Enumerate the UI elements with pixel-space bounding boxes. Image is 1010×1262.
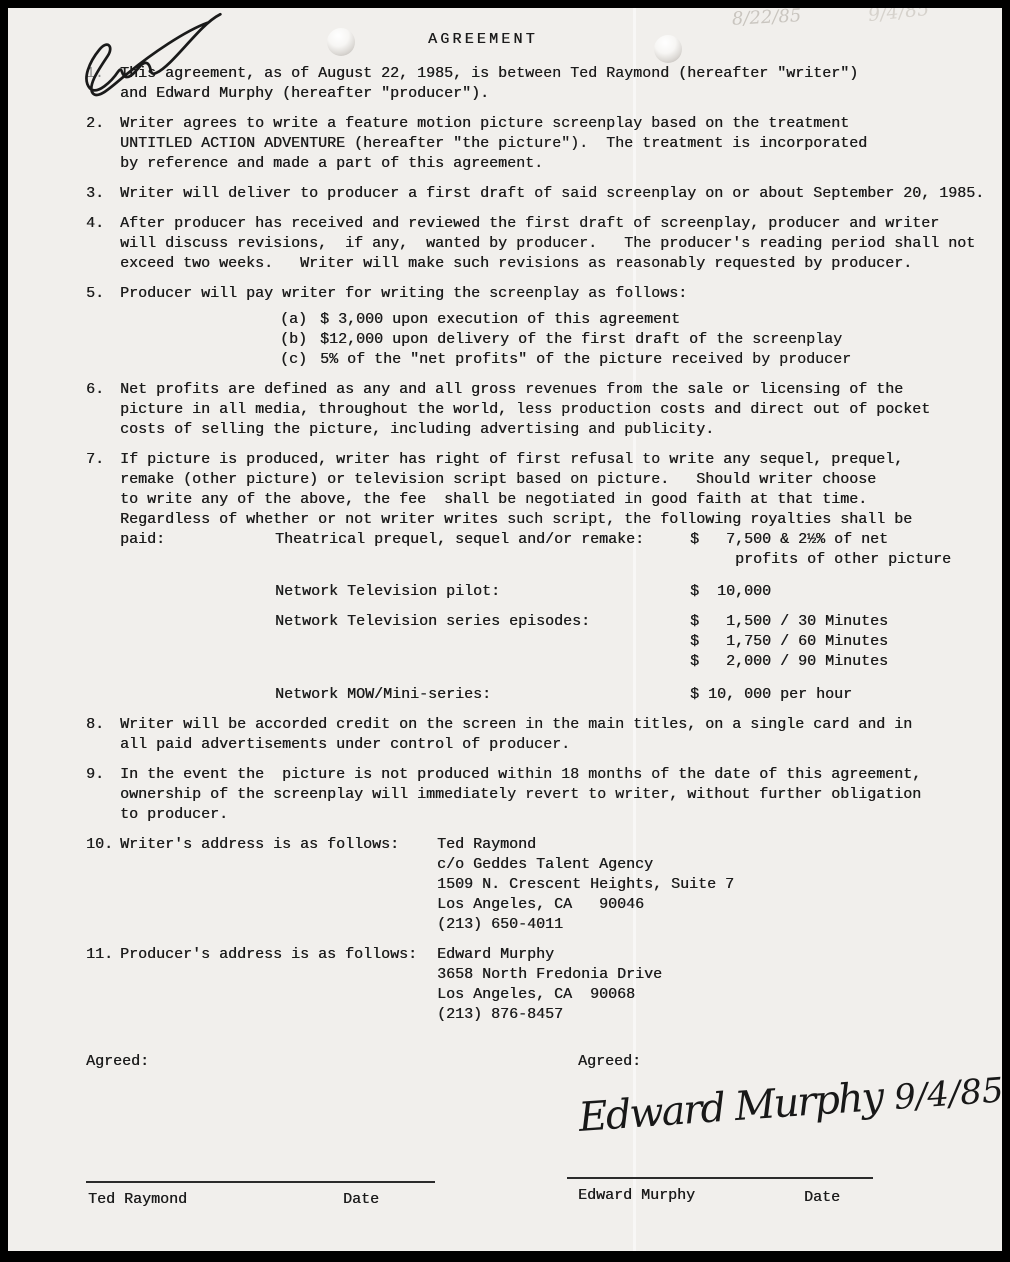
- royalty-row-theatrical: Theatrical prequel, sequel and/or remake…: [275, 530, 1002, 570]
- producer-address-row: Producer's address is as follows: Edward…: [120, 945, 1002, 1025]
- clause-4: 4. After producer has received and revie…: [86, 214, 1002, 274]
- royalty-value: $ 1,500 / 30 Minutes $ 1,750 / 60 Minute…: [690, 612, 888, 672]
- producer-address-block: Edward Murphy 3658 North Fredonia Drive …: [437, 945, 662, 1025]
- clause-number: 2.: [86, 114, 120, 174]
- clause-number: 3.: [86, 184, 120, 204]
- scanned-agreement-page: 8/22/85 9/4/85 AGREEMENT 1. This agreeme…: [0, 0, 1010, 1262]
- clause-number: 7.: [86, 450, 120, 705]
- clause-5: 5. Producer will pay writer for writing …: [86, 284, 1002, 370]
- royalty-row-pilot: Network Television pilot: $ 10,000: [275, 582, 1002, 602]
- writer-name-label: Ted Raymond: [88, 1190, 187, 1210]
- clause-text: Writer agrees to write a feature motion …: [120, 114, 1002, 174]
- handwritten-date-note-left: 8/22/85: [732, 6, 802, 30]
- producer-handwritten-signature: Edward Murphy9/4/85: [578, 1078, 1004, 1136]
- writer-signature-line: [86, 1181, 435, 1183]
- clause-text: This agreement, as of August 22, 1985, i…: [120, 64, 1002, 104]
- clause-10: 10. Writer's address is as follows: Ted …: [86, 835, 1002, 935]
- clause-number: 9.: [86, 765, 120, 825]
- sub-text: 5% of the "net profits" of the picture r…: [320, 350, 851, 370]
- signature-script-name: Edward Murphy: [577, 1074, 884, 1141]
- writer-address-row: Writer's address is as follows: Ted Raym…: [120, 835, 1002, 935]
- payment-item-c: (c) 5% of the "net profits" of the pictu…: [280, 350, 1002, 370]
- clause-7: 7. If picture is produced, writer has ri…: [86, 450, 1002, 705]
- payment-item-a: (a) $ 3,000 upon execution of this agree…: [280, 310, 1002, 330]
- agreed-label-producer: Agreed:: [578, 1052, 641, 1072]
- producer-date-label: Date: [804, 1188, 840, 1208]
- paid-label: paid:: [120, 530, 275, 705]
- clause-number: 10.: [86, 835, 120, 935]
- agreed-label-writer: Agreed:: [86, 1052, 149, 1072]
- hole-punch-left: [327, 28, 355, 56]
- clause-text: If picture is produced, writer has right…: [120, 450, 1002, 530]
- sub-letter: (b): [280, 330, 320, 350]
- clause-text: Net profits are defined as any and all g…: [120, 380, 1002, 440]
- clause-text: Writer will deliver to producer a first …: [120, 184, 1002, 204]
- hole-punch-right: [654, 35, 682, 63]
- signature-script-date: 9/4/85: [893, 1070, 1005, 1118]
- royalty-label: Network Television pilot:: [275, 582, 690, 602]
- clause-8: 8. Writer will be accorded credit on the…: [86, 715, 1002, 755]
- royalty-value: $ 10, 000 per hour: [690, 685, 852, 705]
- address-label: Writer's address is as follows:: [120, 835, 437, 935]
- page-title: AGREEMENT: [428, 30, 538, 50]
- royalty-value: $ 10,000: [690, 582, 771, 602]
- clause-text: In the event the picture is not produced…: [120, 765, 1002, 825]
- clause-text: After producer has received and reviewed…: [120, 214, 1002, 274]
- clause-6: 6. Net profits are defined as any and al…: [86, 380, 1002, 440]
- clause-number: 8.: [86, 715, 120, 755]
- clause-number: 5.: [86, 284, 120, 370]
- royalty-value: $ 7,500 & 2½% of net profits of other pi…: [690, 530, 951, 570]
- royalty-row-mow: Network MOW/Mini-series: $ 10, 000 per h…: [275, 685, 1002, 705]
- sub-letter: (a): [280, 310, 320, 330]
- writer-date-label: Date: [343, 1190, 379, 1210]
- clause-number: 4.: [86, 214, 120, 274]
- royalty-label: Network Television series episodes:: [275, 612, 690, 672]
- producer-signature-line: [567, 1177, 873, 1179]
- clause-3: 3. Writer will deliver to producer a fir…: [86, 184, 1002, 204]
- clause-number: 11.: [86, 945, 120, 1025]
- royalty-table: paid: Theatrical prequel, sequel and/or …: [120, 530, 1002, 705]
- clause-11: 11. Producer's address is as follows: Ed…: [86, 945, 1002, 1025]
- payment-sublist: (a) $ 3,000 upon execution of this agree…: [280, 310, 1002, 370]
- handwritten-initials: [50, 8, 230, 111]
- address-label: Producer's address is as follows:: [120, 945, 437, 1025]
- sub-text: $ 3,000 upon execution of this agreement: [320, 310, 680, 330]
- clause-2: 2. Writer agrees to write a feature moti…: [86, 114, 1002, 174]
- sub-text: $12,000 upon delivery of the first draft…: [320, 330, 842, 350]
- clause-text: Writer will be accorded credit on the sc…: [120, 715, 1002, 755]
- clause-text: Producer will pay writer for writing the…: [120, 284, 1002, 304]
- sub-letter: (c): [280, 350, 320, 370]
- payment-item-b: (b) $12,000 upon delivery of the first d…: [280, 330, 1002, 350]
- producer-name-label: Edward Murphy: [578, 1186, 695, 1206]
- royalty-label: Theatrical prequel, sequel and/or remake…: [275, 530, 690, 570]
- writer-address-block: Ted Raymond c/o Geddes Talent Agency 150…: [437, 835, 734, 935]
- clause-list: 1. This agreement, as of August 22, 1985…: [0, 64, 1002, 1035]
- royalty-label: Network MOW/Mini-series:: [275, 685, 690, 705]
- handwritten-date-note-right: 9/4/85: [867, 0, 930, 25]
- royalty-row-series: Network Television series episodes: $ 1,…: [275, 612, 1002, 672]
- clause-9: 9. In the event the picture is not produ…: [86, 765, 1002, 825]
- clause-number: 6.: [86, 380, 120, 440]
